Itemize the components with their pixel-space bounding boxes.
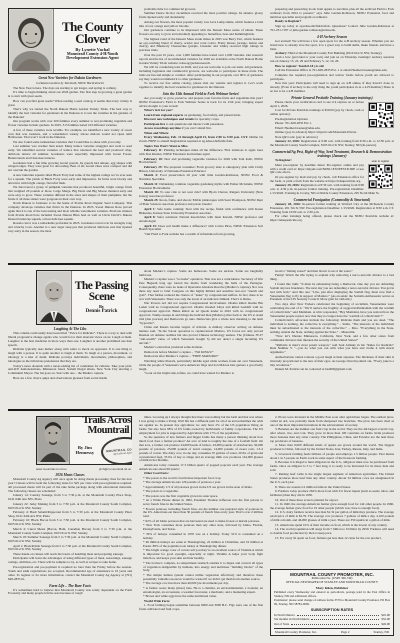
pesticide-qr-wrap bbox=[367, 102, 394, 128]
trails-column-3: 2. Plows were invented in the Middle Eas… bbox=[270, 416, 394, 636]
paragraph: preparing and preserving foods from appl… bbox=[270, 8, 394, 20]
paragraph: January 14: Country Sausage, from 5 to 7… bbox=[8, 494, 132, 502]
clover-column-3: preparing and preserving foods from appl… bbox=[270, 8, 394, 261]
masthead-box: MOUNTRAIL COUNTY PROMOTER, INC. Publicat… bbox=[270, 569, 394, 636]
trails-col1-text: 2026 Meats ClassesMountrail County Ag Ag… bbox=[8, 473, 132, 596]
rate-label: Out of State bbox=[274, 622, 289, 627]
masthead-footer: Mountrail County Promoter, Inc. Page 2 S… bbox=[274, 628, 390, 635]
paragraph: North Dakota is fortunate to be the home… bbox=[8, 202, 132, 221]
trails-col3-text: 2. Plows were invented in the Middle Eas… bbox=[270, 416, 394, 541]
section-divider-1 bbox=[8, 263, 394, 265]
mountrail-county-agency-stamp: MOUNTRAIL COUNTY Agricultural Agency bbox=[100, 435, 132, 466]
passing-column-1: The Passing Scene By Dennis Patrick Laug… bbox=[8, 270, 132, 404]
paragraph: * New York consumes more potatoes than a… bbox=[139, 524, 263, 532]
dennis-patrick-photo bbox=[37, 271, 72, 324]
paragraph: Gardeners had a fun time growing Gretel … bbox=[8, 162, 132, 174]
paragraph: 1. Food farming began sometime between 6… bbox=[139, 604, 263, 612]
passing-col1-text: Laughing At The LibsThis column could ea… bbox=[8, 327, 132, 380]
paragraph: It’s sometimes hard to believe that Moun… bbox=[8, 589, 132, 597]
passing-col2-text: about Maduro’s capture. Some are humorou… bbox=[139, 270, 263, 376]
paragraph: 9. Farmers today produce 262% more food … bbox=[270, 490, 394, 498]
paragraph: “Now let’s liberate Minnesota, Californi… bbox=[270, 335, 394, 343]
qr-code-private-training bbox=[367, 102, 394, 128]
county-clover-section: The County Clover By Lynette Vachal Moun… bbox=[8, 8, 394, 261]
paragraph: Are you ready to grow, preserve, and pre… bbox=[139, 97, 263, 109]
subscription-rates-header: SUBSCRIPTION RATES bbox=[274, 608, 390, 612]
paragraph: It’s time to begin thinking about our 20… bbox=[8, 91, 132, 99]
paragraph: 2. Plows were invented in the Middle Eas… bbox=[270, 416, 394, 428]
paragraph: So the question of less farmers and bigg… bbox=[139, 436, 263, 463]
paragraph: 12. U.S. dairy farmers receive less than… bbox=[270, 511, 394, 523]
paragraph: “Ridicule is man’s most potent weapon,” … bbox=[270, 344, 394, 356]
paragraph: Our gardeners continue to be impressed w… bbox=[139, 29, 263, 37]
paragraph: Over the past 10 years, over 1,600 famil… bbox=[139, 54, 263, 66]
passing-column-3: board a “fishing vessel” and then blown … bbox=[270, 270, 394, 404]
paragraph: 6. Because it is illegal to hunt alligat… bbox=[270, 461, 394, 473]
column-heading: Great New Varieties for Dakota Gardeners bbox=[8, 76, 132, 80]
clover-column-1: The County Clover By Lynette Vachal Moun… bbox=[8, 8, 132, 261]
masthead-official: OFFICIAL NEWSPAPER OF STANLEY AND MOUNTR… bbox=[274, 581, 390, 585]
trails-title: Trails Across Mountrail bbox=[71, 416, 132, 435]
trails-section: Trails Across Mountrail By Jim Hennessy … bbox=[8, 416, 394, 636]
page-number: Page 2 bbox=[341, 630, 350, 634]
paragraph: Last summer was warmer than usual. Many … bbox=[8, 145, 132, 161]
paragraph: This column could easily have been title… bbox=[8, 332, 132, 348]
column-heading: Private General Pesticide Training (Janu… bbox=[270, 96, 394, 100]
jim-hennessy-photo bbox=[37, 417, 70, 464]
commercial-qr-wrap: scan to register bbox=[367, 160, 394, 189]
paragraph: * Frozen potatoes, including french frie… bbox=[139, 508, 263, 520]
passing-scene-section: The Passing Scene By Dennis Patrick Laug… bbox=[8, 270, 394, 404]
passing-col3-text: board a “fishing vessel” and then blown … bbox=[270, 270, 394, 372]
passing-scene-header-box: The Passing Scene By Dennis Patrick bbox=[36, 270, 132, 325]
paragraph: Our program works with over 200 families… bbox=[8, 120, 132, 128]
paragraph: Collectivism’s advocates include the fol… bbox=[270, 319, 394, 335]
paragraph: Get excited! We will have a few open spo… bbox=[270, 40, 394, 52]
clover-title-area: The County Clover By Lynette Vachal Moun… bbox=[54, 9, 131, 73]
paragraph: Maduro’s capture was a “no leaks” operat… bbox=[139, 278, 263, 301]
paragraph: Here are a few choice quips and observat… bbox=[8, 377, 132, 381]
clover-col2-text: profitable time for commercial growers.S… bbox=[139, 8, 263, 237]
paragraph: New this year: Participants will need to… bbox=[270, 82, 394, 94]
trails-byline: By Jim Hennessy bbox=[71, 446, 99, 456]
clover-author-role: Mountrail County 4-H/Youth Development E… bbox=[55, 52, 130, 61]
paragraph: We will be conducting tests in 2026, and… bbox=[139, 66, 263, 82]
dot-leader bbox=[291, 624, 379, 625]
column-heading: Farm Life – The Bare Facts bbox=[8, 584, 132, 588]
paragraph: A few of these varieties were terrible. … bbox=[8, 129, 132, 141]
masthead-footer-name: Mountrail County Promoter, Inc. bbox=[275, 630, 317, 634]
paragraph: * The bright orange color of carrots tel… bbox=[139, 549, 263, 561]
lynette-vachal-photo bbox=[9, 9, 54, 73]
paragraph: March 18: Summer Sausage from 5 to 7:30 … bbox=[8, 536, 132, 544]
county-clover-header-box: The County Clover By Lynette Vachal Moun… bbox=[8, 8, 132, 74]
clover-title: The County Clover bbox=[55, 21, 130, 45]
paragraph: Authoritarians cannot tolerate a good la… bbox=[270, 356, 394, 368]
passing-title: The Passing Scene bbox=[73, 281, 130, 302]
paragraph: Two days after New Yorkers celebrated th… bbox=[270, 303, 394, 319]
paragraph: 15. For every $1 spent on food, farmers … bbox=[270, 537, 394, 541]
paragraph: April 8: Safer solutions: Natural insect… bbox=[139, 216, 263, 224]
paragraph: That’s why we started the North Dakota H… bbox=[8, 108, 132, 120]
portrait-man-goatee-graphic bbox=[37, 417, 69, 462]
trails-col2-text: times. Growing up I always thought that … bbox=[139, 416, 263, 612]
clover-column-2: profitable time for commercial growers.S… bbox=[139, 8, 263, 261]
column-heading: Commercial/Ag Pest, Right-of-Way, Seed T… bbox=[270, 150, 394, 158]
paragraph: War Powers Act did not require Congressi… bbox=[139, 302, 263, 325]
paragraph: Watching white liberals, particularly mi… bbox=[139, 360, 263, 372]
paragraph: * The bovine’s complex, 4-compartment st… bbox=[139, 562, 263, 574]
rate-price: $49.00 bbox=[381, 622, 390, 627]
trails-title-area: Trails Across Mountrail By Jim Hennessy … bbox=[70, 417, 132, 464]
column-subheading: in Dakota Gardens by Tom Kalb, NDSU Hort… bbox=[8, 81, 132, 85]
stamp-line-2: Agricultural Agency bbox=[113, 450, 132, 454]
paragraph: Today’s news abounds with a never-ending… bbox=[8, 365, 132, 377]
paragraph: Pre-registration and pre-payment is requ… bbox=[8, 566, 132, 582]
masthead-postmaster-note: Postmaster: please send change of addres… bbox=[274, 599, 390, 606]
paragraph: A new butternut squash called Black Fort… bbox=[8, 174, 132, 186]
passing-column-2: about Maduro’s capture. Some are humorou… bbox=[139, 270, 263, 404]
paragraph: 14. The world population will surge from… bbox=[270, 528, 394, 536]
paragraph: I found this truth: “It must be exhausti… bbox=[270, 283, 394, 302]
trails-header-box: Trails Across Mountrail By Jim Hennessy … bbox=[36, 416, 132, 465]
paragraph: 3. Bananas are the number one fruit crop… bbox=[270, 428, 394, 444]
paragraph: “Our Field to Fork website has a wealth … bbox=[139, 233, 263, 237]
trails-column-1: Trails Across Mountrail By Jim Hennessy … bbox=[8, 416, 132, 636]
trails-email: jimh@co.mountrail.nd.us bbox=[99, 467, 131, 471]
paragraph: Mountrail County Ag Agency will once aga… bbox=[8, 478, 132, 494]
portrait-man-suit-graphic bbox=[37, 271, 71, 322]
newspaper-page: The County Clover By Lynette Vachal Moun… bbox=[0, 0, 400, 643]
paragraph: January 22, 2026: Registration at 9:00 a… bbox=[270, 140, 394, 148]
paragraph: Ridicule typically uses humor along with… bbox=[8, 348, 132, 364]
paragraph: 7. Raising beef cattle is the single lar… bbox=[270, 473, 394, 485]
paragraph: times. Growing up I always thought that … bbox=[139, 416, 263, 435]
paragraph: The highest rated of the Dessert Mesa st… bbox=[139, 38, 263, 54]
trails-contact-row: www.mountrail.co.nd.us jimh@co.mountrail… bbox=[36, 467, 131, 471]
paragraph: * At a White House dinner in 1802, Presi… bbox=[139, 499, 263, 507]
trails-column-2: times. Growing up I always thought that … bbox=[139, 416, 263, 636]
trails-website: www.mountrail.co.nd.us bbox=[36, 467, 67, 471]
paragraph: Sign up today at ag.ndsu.edu/fieldtofork… bbox=[270, 25, 394, 33]
clover-col3-text-a: preparing and preserving foods from appl… bbox=[270, 8, 394, 100]
paragraph: We discovered a group of pumpkin varieti… bbox=[8, 186, 132, 202]
section-divider-2 bbox=[8, 409, 394, 411]
paragraph: China and Russia became targets of ridic… bbox=[139, 326, 263, 345]
paragraph: To receive our free online catalog, plea… bbox=[139, 82, 263, 90]
paragraph: Rosada carrot was a remarkable performer… bbox=[8, 222, 132, 234]
passing-title-area: The Passing Scene By Dennis Patrick bbox=[72, 271, 131, 324]
passing-author: Dennis Patrick bbox=[86, 309, 118, 314]
qr-code-commercial-training bbox=[367, 164, 394, 189]
portrait-woman-graphic bbox=[9, 9, 53, 71]
rate-row-out-of-state: Out of State $49.00 bbox=[274, 622, 390, 627]
masthead-footer-city: Stanley, ND bbox=[373, 630, 389, 634]
paragraph: “Look on the bright side, lefties, we co… bbox=[139, 372, 263, 376]
clover-col1-text: Great New Varieties for Dakota Gardeners… bbox=[8, 76, 132, 234]
dot-leader bbox=[311, 619, 379, 620]
paragraph: January 28, 2026: In-person format train… bbox=[270, 203, 394, 215]
dot-leader bbox=[297, 615, 380, 616]
paragraph: For other trainings being offered, pleas… bbox=[270, 215, 394, 223]
paragraph: Dennis M. Patrick can be contacted at be… bbox=[270, 368, 394, 372]
